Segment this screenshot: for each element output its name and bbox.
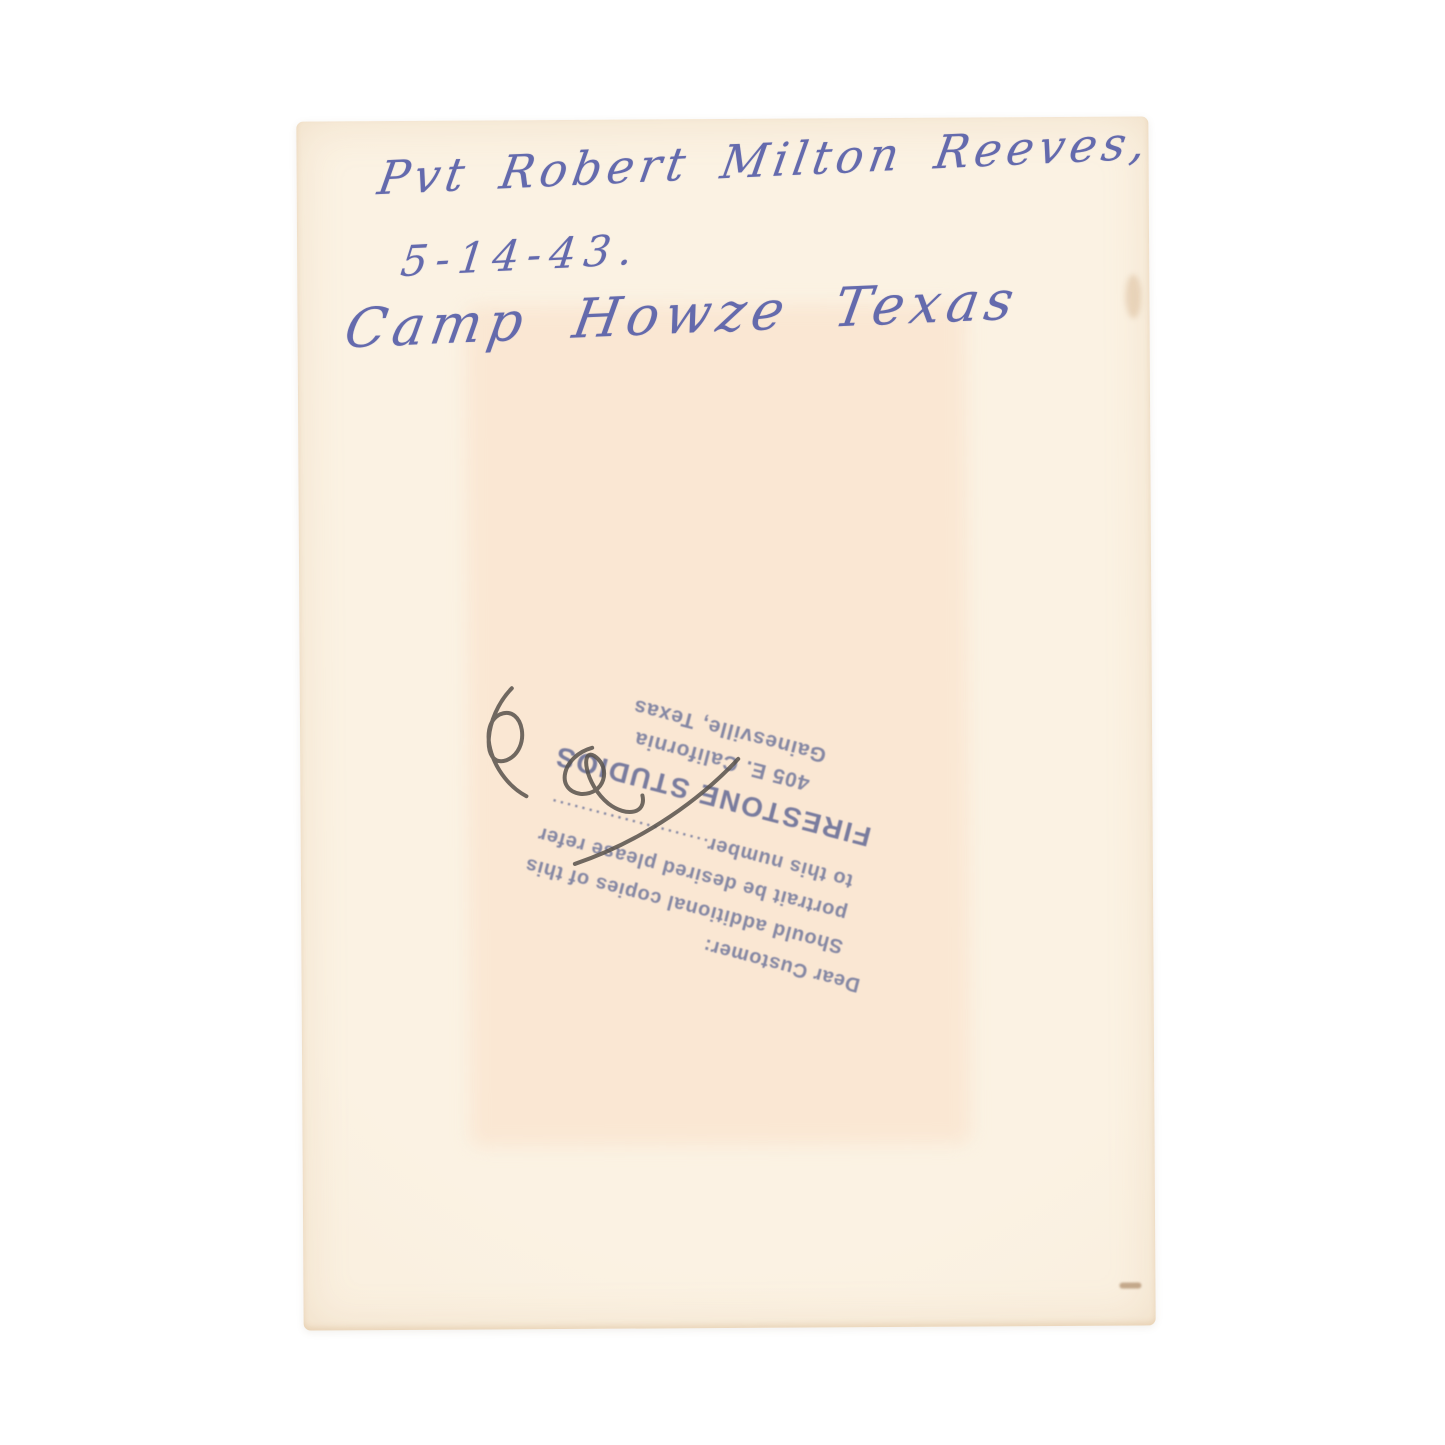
screenshot-canvas: Pvt Robert Milton Reeves, 5-14-43. Camp … (0, 0, 1445, 1445)
edge-speck (1119, 1282, 1141, 1288)
handwriting-name-line: Pvt Robert Milton Reeves, (374, 115, 1155, 205)
photo-paper-back: Pvt Robert Milton Reeves, 5-14-43. Camp … (296, 116, 1155, 1330)
scribble-stroke-2 (564, 748, 643, 813)
scribble-stroke-1 (488, 688, 526, 796)
handwritten-number-scribble (440, 649, 782, 911)
scribble-stroke-3 (574, 759, 739, 864)
handwriting-date-line: 5-14-43. (398, 224, 643, 286)
edge-smudge (1125, 274, 1141, 318)
